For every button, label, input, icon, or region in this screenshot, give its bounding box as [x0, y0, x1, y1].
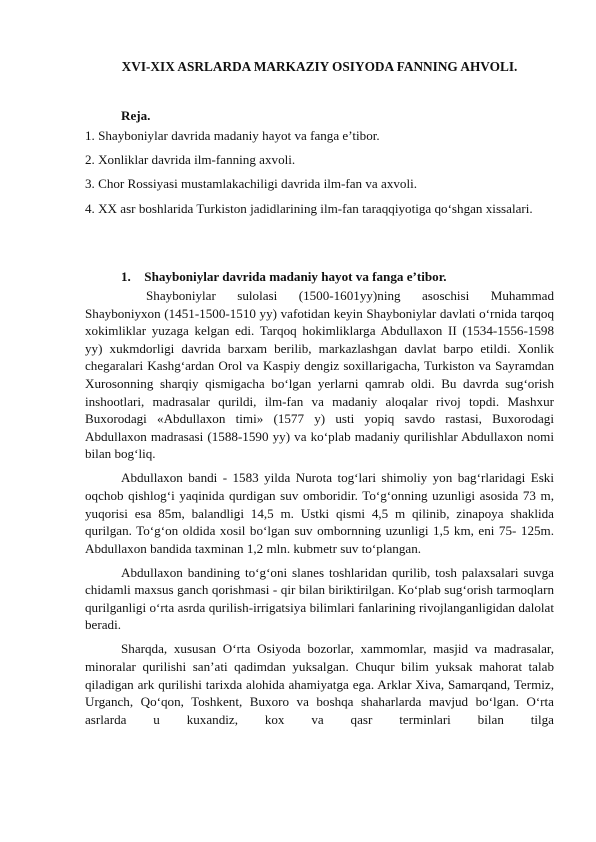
- section-number: 1.: [121, 268, 141, 286]
- paragraph: Shayboniylar sulolasi (1500-1601yy)ning …: [85, 287, 554, 463]
- plan-item: 3. Chor Rossiyasi mustamlakachiligi davr…: [85, 175, 554, 193]
- plan-item: 4. XX asr boshlarida Turkiston jadidlari…: [85, 200, 554, 218]
- paragraph: Abdullaxon bandining to‘g‘oni slanes tos…: [85, 564, 554, 634]
- plan-item: 2. Xonliklar davrida ilm-fanning axvoli.: [85, 151, 554, 169]
- plan-heading: Reja.: [121, 107, 150, 125]
- section-title: Shayboniylar davrida madaniy hayot va fa…: [144, 269, 446, 284]
- section-heading: 1. Shayboniylar davrida madaniy hayot va…: [121, 268, 447, 286]
- plan-list: 1. Shayboniylar davrida madaniy hayot va…: [85, 127, 554, 224]
- paragraph: Abdullaxon bandi - 1583 yilda Nurota tog…: [85, 469, 554, 557]
- document-title: XVI-XIX ASRLARDA MARKAZIY OSIYODA FANNIN…: [85, 58, 554, 76]
- document-body: Shayboniylar sulolasi (1500-1601yy)ning …: [85, 287, 554, 735]
- plan-item: 1. Shayboniylar davrida madaniy hayot va…: [85, 127, 554, 145]
- paragraph: Sharqda, xususan O‘rta Osiyoda bozorlar,…: [85, 640, 554, 728]
